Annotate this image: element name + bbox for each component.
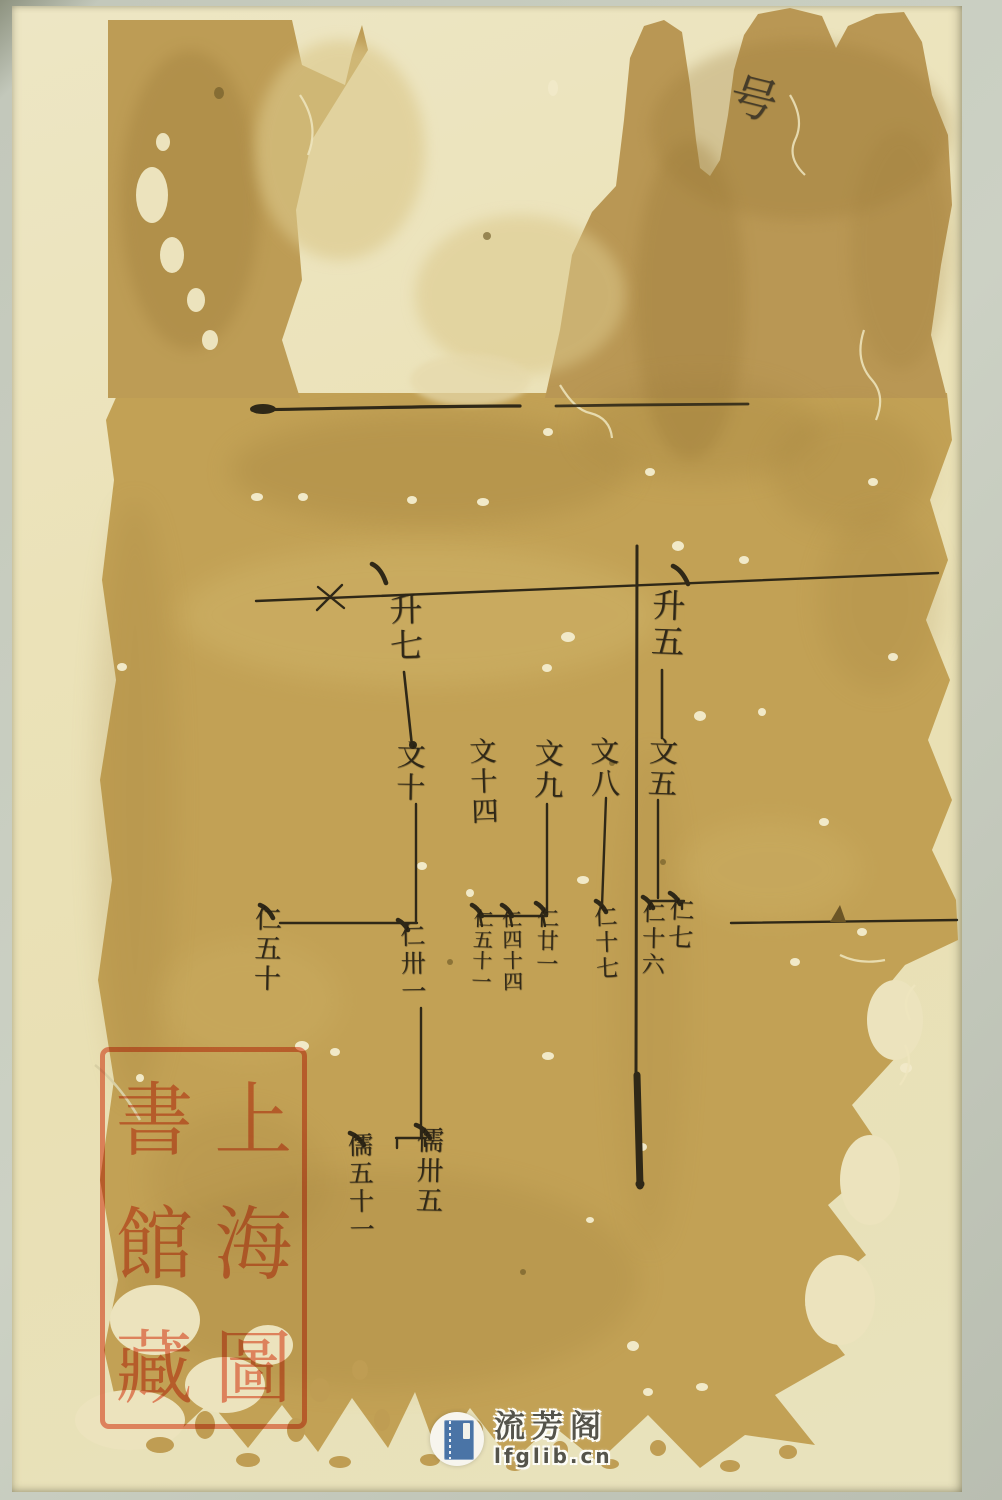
tree-node-wen-8: 文八 [587, 736, 619, 801]
tree-node-wen-9: 文九 [531, 738, 563, 803]
tree-node-ru-35: 儒卅五 [411, 1126, 441, 1216]
book-stitch-binding [449, 1421, 451, 1459]
tree-node-wen-5: 文五 [645, 735, 678, 800]
seal-char: 書 [101, 1045, 207, 1184]
seal-char: 藏 [101, 1293, 207, 1432]
seal-grid: 上 海 圖 書 館 藏 [105, 1052, 302, 1424]
library-collection-seal: 上 海 圖 書 館 藏 [100, 1047, 307, 1429]
tree-node-ren-16: 仁十六 [638, 900, 663, 978]
tree-node-ren-21: 仁廿一 [533, 906, 557, 975]
site-watermark: 流芳阁 lfglib.cn [430, 1412, 613, 1467]
scanned-page: 升五 升七 文十 文十四 文九 文八 文五 仁五十 仁卅一 仁五十一 仁四十四 … [0, 0, 1002, 1500]
seal-char: 館 [101, 1169, 207, 1308]
seal-column-right: 上 海 圖 [204, 1052, 303, 1424]
tree-node-ren-7: 仁七 [665, 895, 694, 952]
watermark-text: 流芳阁 lfglib.cn [494, 1412, 613, 1467]
watermark-site-domain: lfglib.cn [494, 1445, 613, 1467]
tree-node-ren-44: 仁四十四 [499, 908, 521, 992]
tree-node-ren-31: 仁卅一 [397, 922, 425, 1006]
seal-char: 海 [200, 1169, 306, 1308]
seal-char: 上 [200, 1045, 306, 1184]
tree-node-sheng-7: 升七 [385, 592, 421, 665]
seal-char: 圖 [200, 1293, 306, 1432]
tree-node-wen-10: 文十 [393, 740, 425, 805]
stitched-book-icon [444, 1420, 474, 1460]
tree-node-ru-51: 儒五十一 [345, 1132, 373, 1244]
tree-node-ren-50: 仁五十 [249, 904, 279, 994]
tree-node-wen-14: 文十四 [464, 737, 495, 828]
seal-column-left: 書 館 藏 [105, 1052, 204, 1424]
tree-node-sheng-5: 升五 [647, 587, 684, 660]
watermark-badge [430, 1412, 484, 1466]
book-title-slip [463, 1423, 470, 1439]
watermark-site-name: 流芳阁 [494, 1412, 613, 1443]
tree-node-ren-51: 仁五十一 [469, 908, 493, 993]
tree-node-ren-17: 仁十七 [591, 904, 618, 983]
